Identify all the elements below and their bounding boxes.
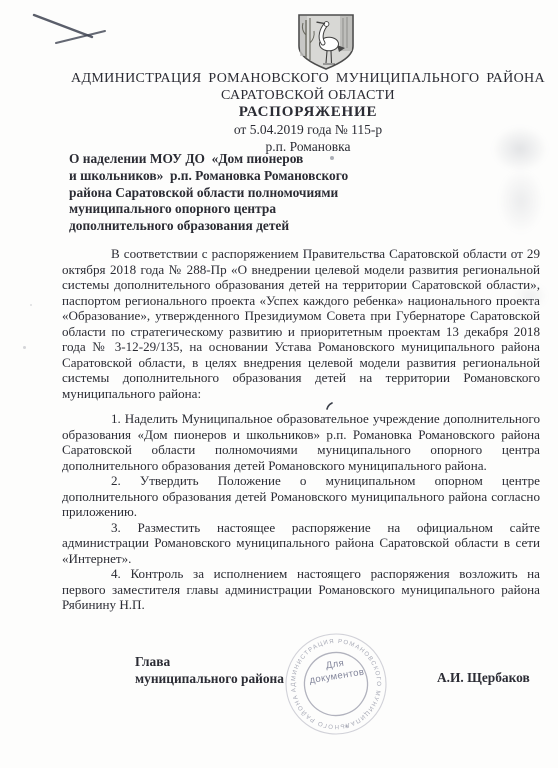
signatory-position: Глава муниципального района <box>135 654 284 687</box>
scan-speck <box>30 304 32 306</box>
document-title: О наделении МОУ ДО «Дом пионеров и школь… <box>69 151 348 235</box>
pen-mark <box>28 8 114 50</box>
scan-speck <box>330 156 334 160</box>
order-item-1: 1. Наделить Муниципальное образовательно… <box>62 411 540 473</box>
signatory-name: А.И. Щербаков <box>437 670 530 686</box>
organization-name-line1: АДМИНИСТРАЦИЯ РОМАНОВСКОГО МУНИЦИПАЛЬНОГ… <box>58 70 558 87</box>
document-body: В соответствии с распоряжением Правитель… <box>62 246 540 613</box>
document-page: АДМИНИСТРАЦИЯ РОМАНОВСКОГО МУНИЦИПАЛЬНОГ… <box>0 0 558 768</box>
stork-coat-of-arms-icon <box>296 13 356 71</box>
pen-tick-mark <box>326 402 334 410</box>
document-type-heading: РАСПОРЯЖЕНИЕ <box>58 104 558 121</box>
scan-speck <box>23 346 26 349</box>
order-item-4: 4. Контроль за исполнением настоящего ра… <box>62 566 540 613</box>
organization-name-line2: САРАТОВСКОЙ ОБЛАСТИ <box>58 87 558 104</box>
order-item-2: 2. Утвердить Положение о муниципальном о… <box>62 473 540 520</box>
order-items: 1. Наделить Муниципальное образовательно… <box>62 411 540 613</box>
document-date-number: от 5.04.2019 года № 115-р <box>58 121 558 138</box>
order-item-3: 3. Разместить настоящее распоряжение на … <box>62 520 540 567</box>
scan-artifact <box>498 168 544 234</box>
document-header: АДМИНИСТРАЦИЯ РОМАНОВСКОГО МУНИЦИПАЛЬНОГ… <box>58 70 558 155</box>
preamble-paragraph: В соответствии с распоряжением Правитель… <box>62 246 540 401</box>
